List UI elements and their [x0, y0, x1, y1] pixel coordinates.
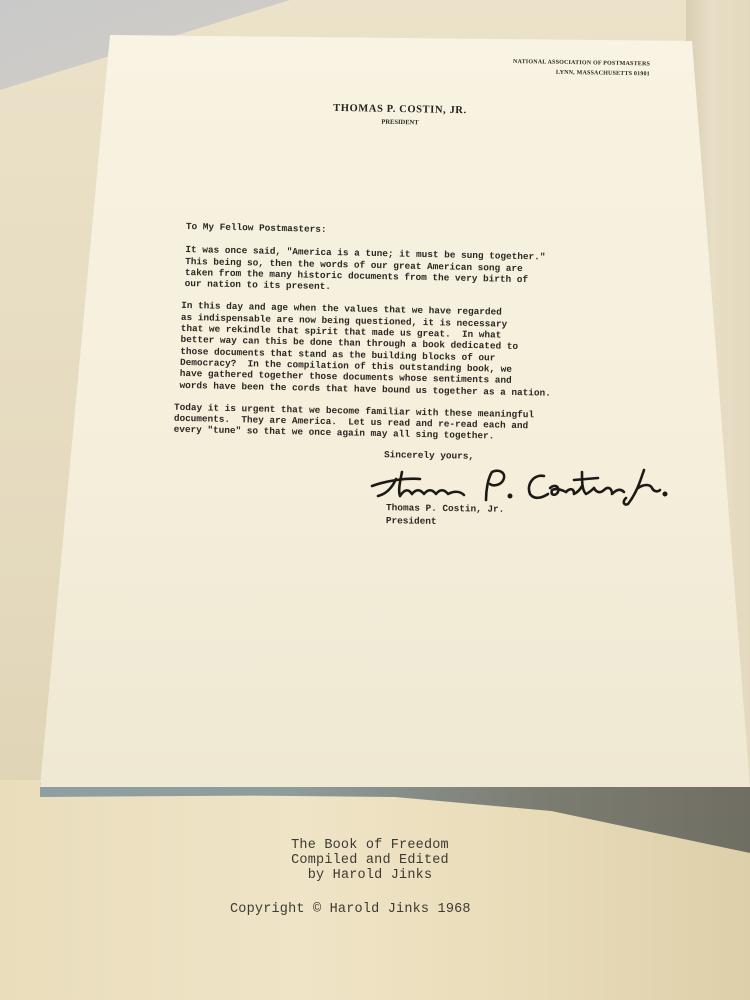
- paragraph-2: In this day and age when the values that…: [179, 300, 624, 400]
- paragraph-1: It was once said, "America is a tune; it…: [185, 244, 626, 298]
- closing: Sincerely yours,: [384, 449, 474, 462]
- letter-body: To My Fellow Postmasters: It was once sa…: [181, 221, 626, 456]
- copyright-notice: Copyright © Harold Jinks 1968: [230, 902, 530, 917]
- book-compiled-line: Compiled and Edited: [220, 853, 520, 868]
- signer-block: Thomas P. Costin, Jr. President: [386, 501, 505, 529]
- letterhead-organization: NATIONAL ASSOCIATION OF POSTMASTERS LYNN…: [490, 57, 650, 80]
- book-title-block: The Book of Freedom Compiled and Edited …: [220, 838, 520, 883]
- book-title: The Book of Freedom: [220, 838, 520, 853]
- book-author-line: by Harold Jinks: [220, 868, 520, 883]
- signer-title: President: [386, 514, 504, 529]
- paragraph-3: Today it is urgent that we become famili…: [174, 402, 623, 445]
